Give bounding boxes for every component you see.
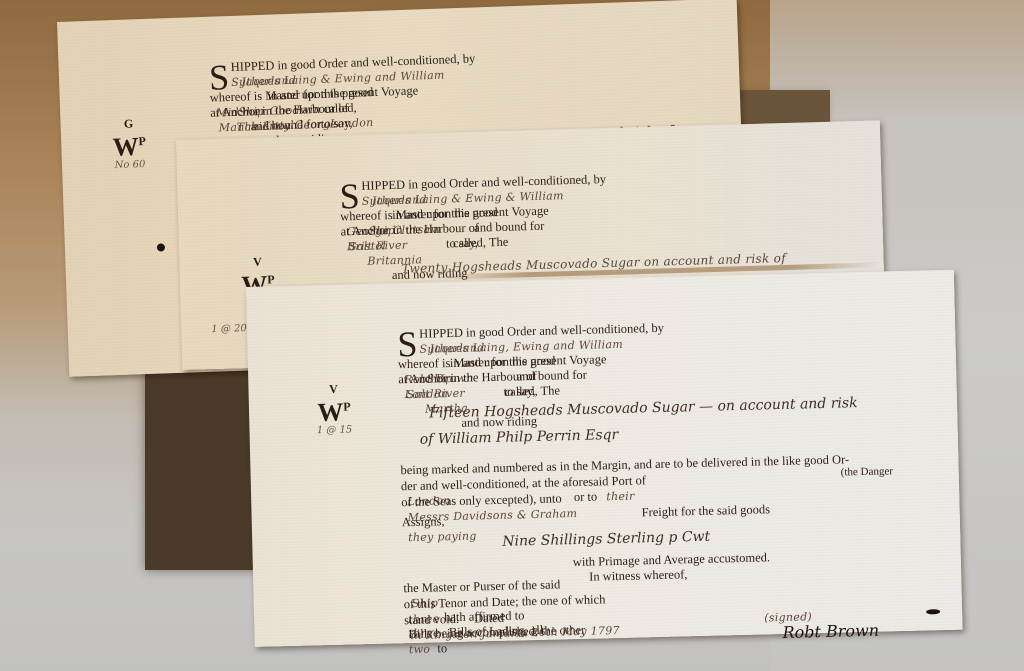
printed-danger: (the Danger: [841, 465, 894, 478]
mark-count: No 60: [110, 159, 150, 171]
shipper-name-cont: Sutherland: [362, 193, 427, 208]
ink-blot: [157, 243, 165, 251]
bill-of-lading-front: V WP 1 @ 15 S HIPPED in good Order and w…: [246, 270, 963, 647]
mark-count: 1 @ 15: [314, 424, 354, 436]
printed-to: to: [437, 641, 447, 655]
printed-to-say: to say,: [320, 116, 352, 131]
consignor-name: of William Philp Perrin Esqr: [420, 427, 619, 448]
printed-primage: with Primage and Average accustomed.: [573, 550, 771, 569]
printed-dated: Dated: [474, 611, 504, 626]
printed-bound-for: and bound for: [474, 219, 544, 235]
mark-monogram: WP: [314, 394, 355, 425]
ink-blot: [926, 609, 940, 614]
printed-witness: In witness whereof,: [589, 567, 688, 583]
paying-note: they paying: [408, 529, 477, 544]
shipper-name-cont: Sutherland: [419, 341, 484, 356]
dropcap: S: [397, 329, 418, 359]
printed-to-say: to say,: [446, 236, 478, 251]
bills-count-other: two: [409, 643, 431, 657]
harbour-name: Salt River: [407, 387, 466, 401]
shipping-mark: V WP 1 @ 15: [313, 382, 354, 436]
printed-or-to: or to: [574, 489, 598, 504]
printed-freight: Freight for the said goods: [641, 502, 770, 519]
printed-stand-void: stand void.: [404, 612, 459, 627]
mark-count: 1 @ 20: [211, 323, 247, 335]
harbour-name: Salt River: [349, 239, 408, 254]
freight-rate: Nine Shillings Sterling p Cwt: [502, 529, 710, 550]
dropcap: S: [339, 181, 360, 212]
shipping-mark: G WP No 60: [108, 117, 150, 171]
dropcap: S: [209, 62, 230, 93]
printed-assigns: Assigns,: [402, 514, 445, 529]
printed-to-say: to say,: [503, 384, 535, 399]
signature: Robt Brown: [782, 621, 879, 642]
printed-unto-line: of the Seas only excepted), unto: [401, 491, 562, 509]
mark-initial: V: [313, 382, 353, 395]
mark-monogram: WP: [109, 129, 150, 160]
harbour-name: Manchioneal: [219, 119, 295, 135]
printed-purser-line: the Master or Purser of the said: [403, 577, 560, 595]
shipper-name-cont: Sutherland: [231, 74, 297, 89]
assigns-word: their: [606, 490, 635, 504]
